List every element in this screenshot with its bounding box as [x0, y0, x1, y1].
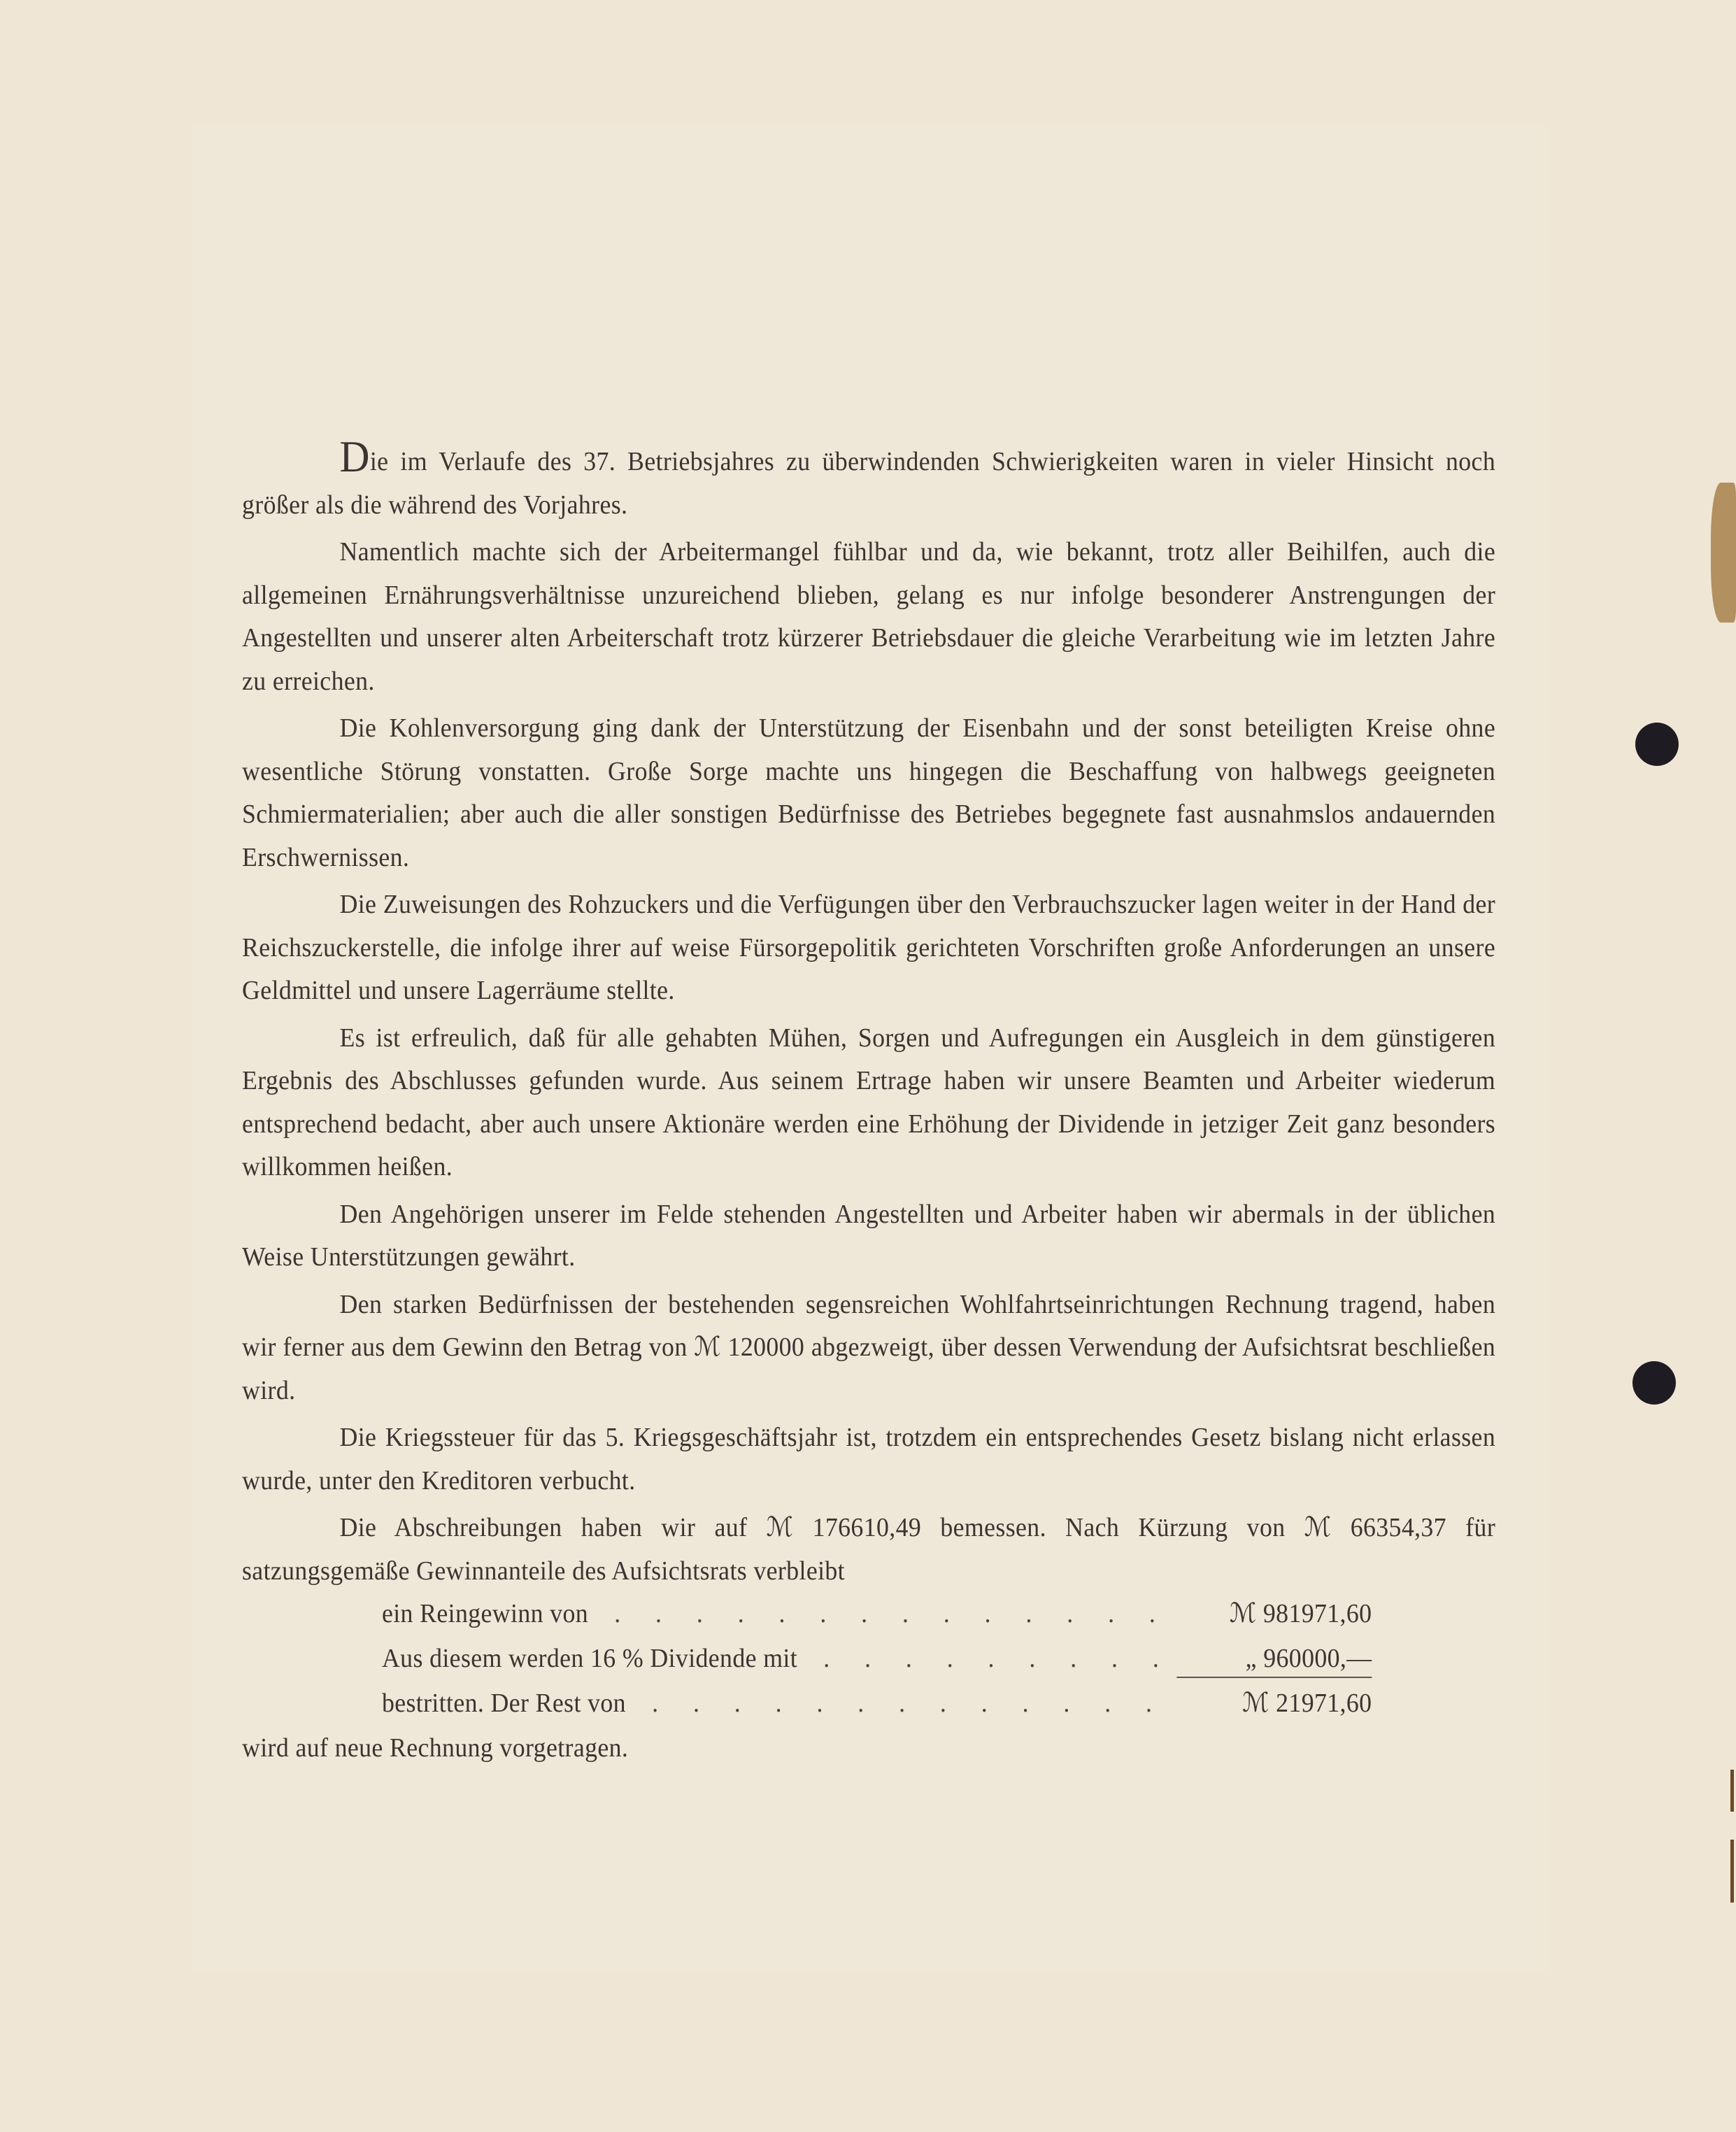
paragraph-1: Die im Verlaufe des 37. Betriebsjahres z… [242, 441, 1495, 527]
paragraph-8: Die Kriegssteuer für das 5. Kriegsgeschä… [242, 1416, 1495, 1502]
paragraph-2: Namentlich machte sich der Arbeitermange… [242, 531, 1495, 703]
paragraph-5: Es ist erfreulich, daß für alle gehabten… [242, 1017, 1495, 1189]
calc-row-net-profit: ein Reingewinn von . . . . . . . . . . .… [242, 1593, 1495, 1637]
closing-line: wird auf neue Rechnung vorgetragen. [242, 1727, 1495, 1770]
paragraph-6: Den Angehörigen unserer im Felde stehend… [242, 1193, 1495, 1279]
calc-row-dividend: Aus diesem werden 16 % Dividende mit . .… [242, 1637, 1495, 1682]
drop-cap: D [340, 432, 370, 481]
report-text: Die im Verlaufe des 37. Betriebsjahres z… [242, 441, 1495, 1775]
edge-mark [1730, 1840, 1734, 1903]
remainder-value: ℳ 21971,60 [1183, 1682, 1495, 1726]
paragraph-9: Die Abschreibungen haben wir auf ℳ 17661… [242, 1507, 1495, 1593]
punch-hole-bottom [1632, 1361, 1676, 1405]
sum-rule [1176, 1677, 1372, 1678]
edge-mark [1730, 1770, 1734, 1812]
paragraph-7: Den starken Bedürfnissen der bestehenden… [242, 1284, 1495, 1413]
net-profit-value: ℳ 981971,60 [1183, 1593, 1495, 1636]
paragraph-4: Die Zuweisungen des Rohzuckers und die V… [242, 883, 1495, 1013]
dividend-value: „ 960000,— [1183, 1637, 1495, 1681]
calc-row-remainder: bestritten. Der Rest von . . . . . . . .… [242, 1682, 1495, 1727]
profit-calculation: ein Reingewinn von . . . . . . . . . . .… [242, 1593, 1495, 1727]
paragraph-3: Die Kohlenversorgung ging dank der Unter… [242, 707, 1495, 879]
edge-stain [1711, 483, 1736, 623]
punch-hole-top [1635, 723, 1679, 766]
